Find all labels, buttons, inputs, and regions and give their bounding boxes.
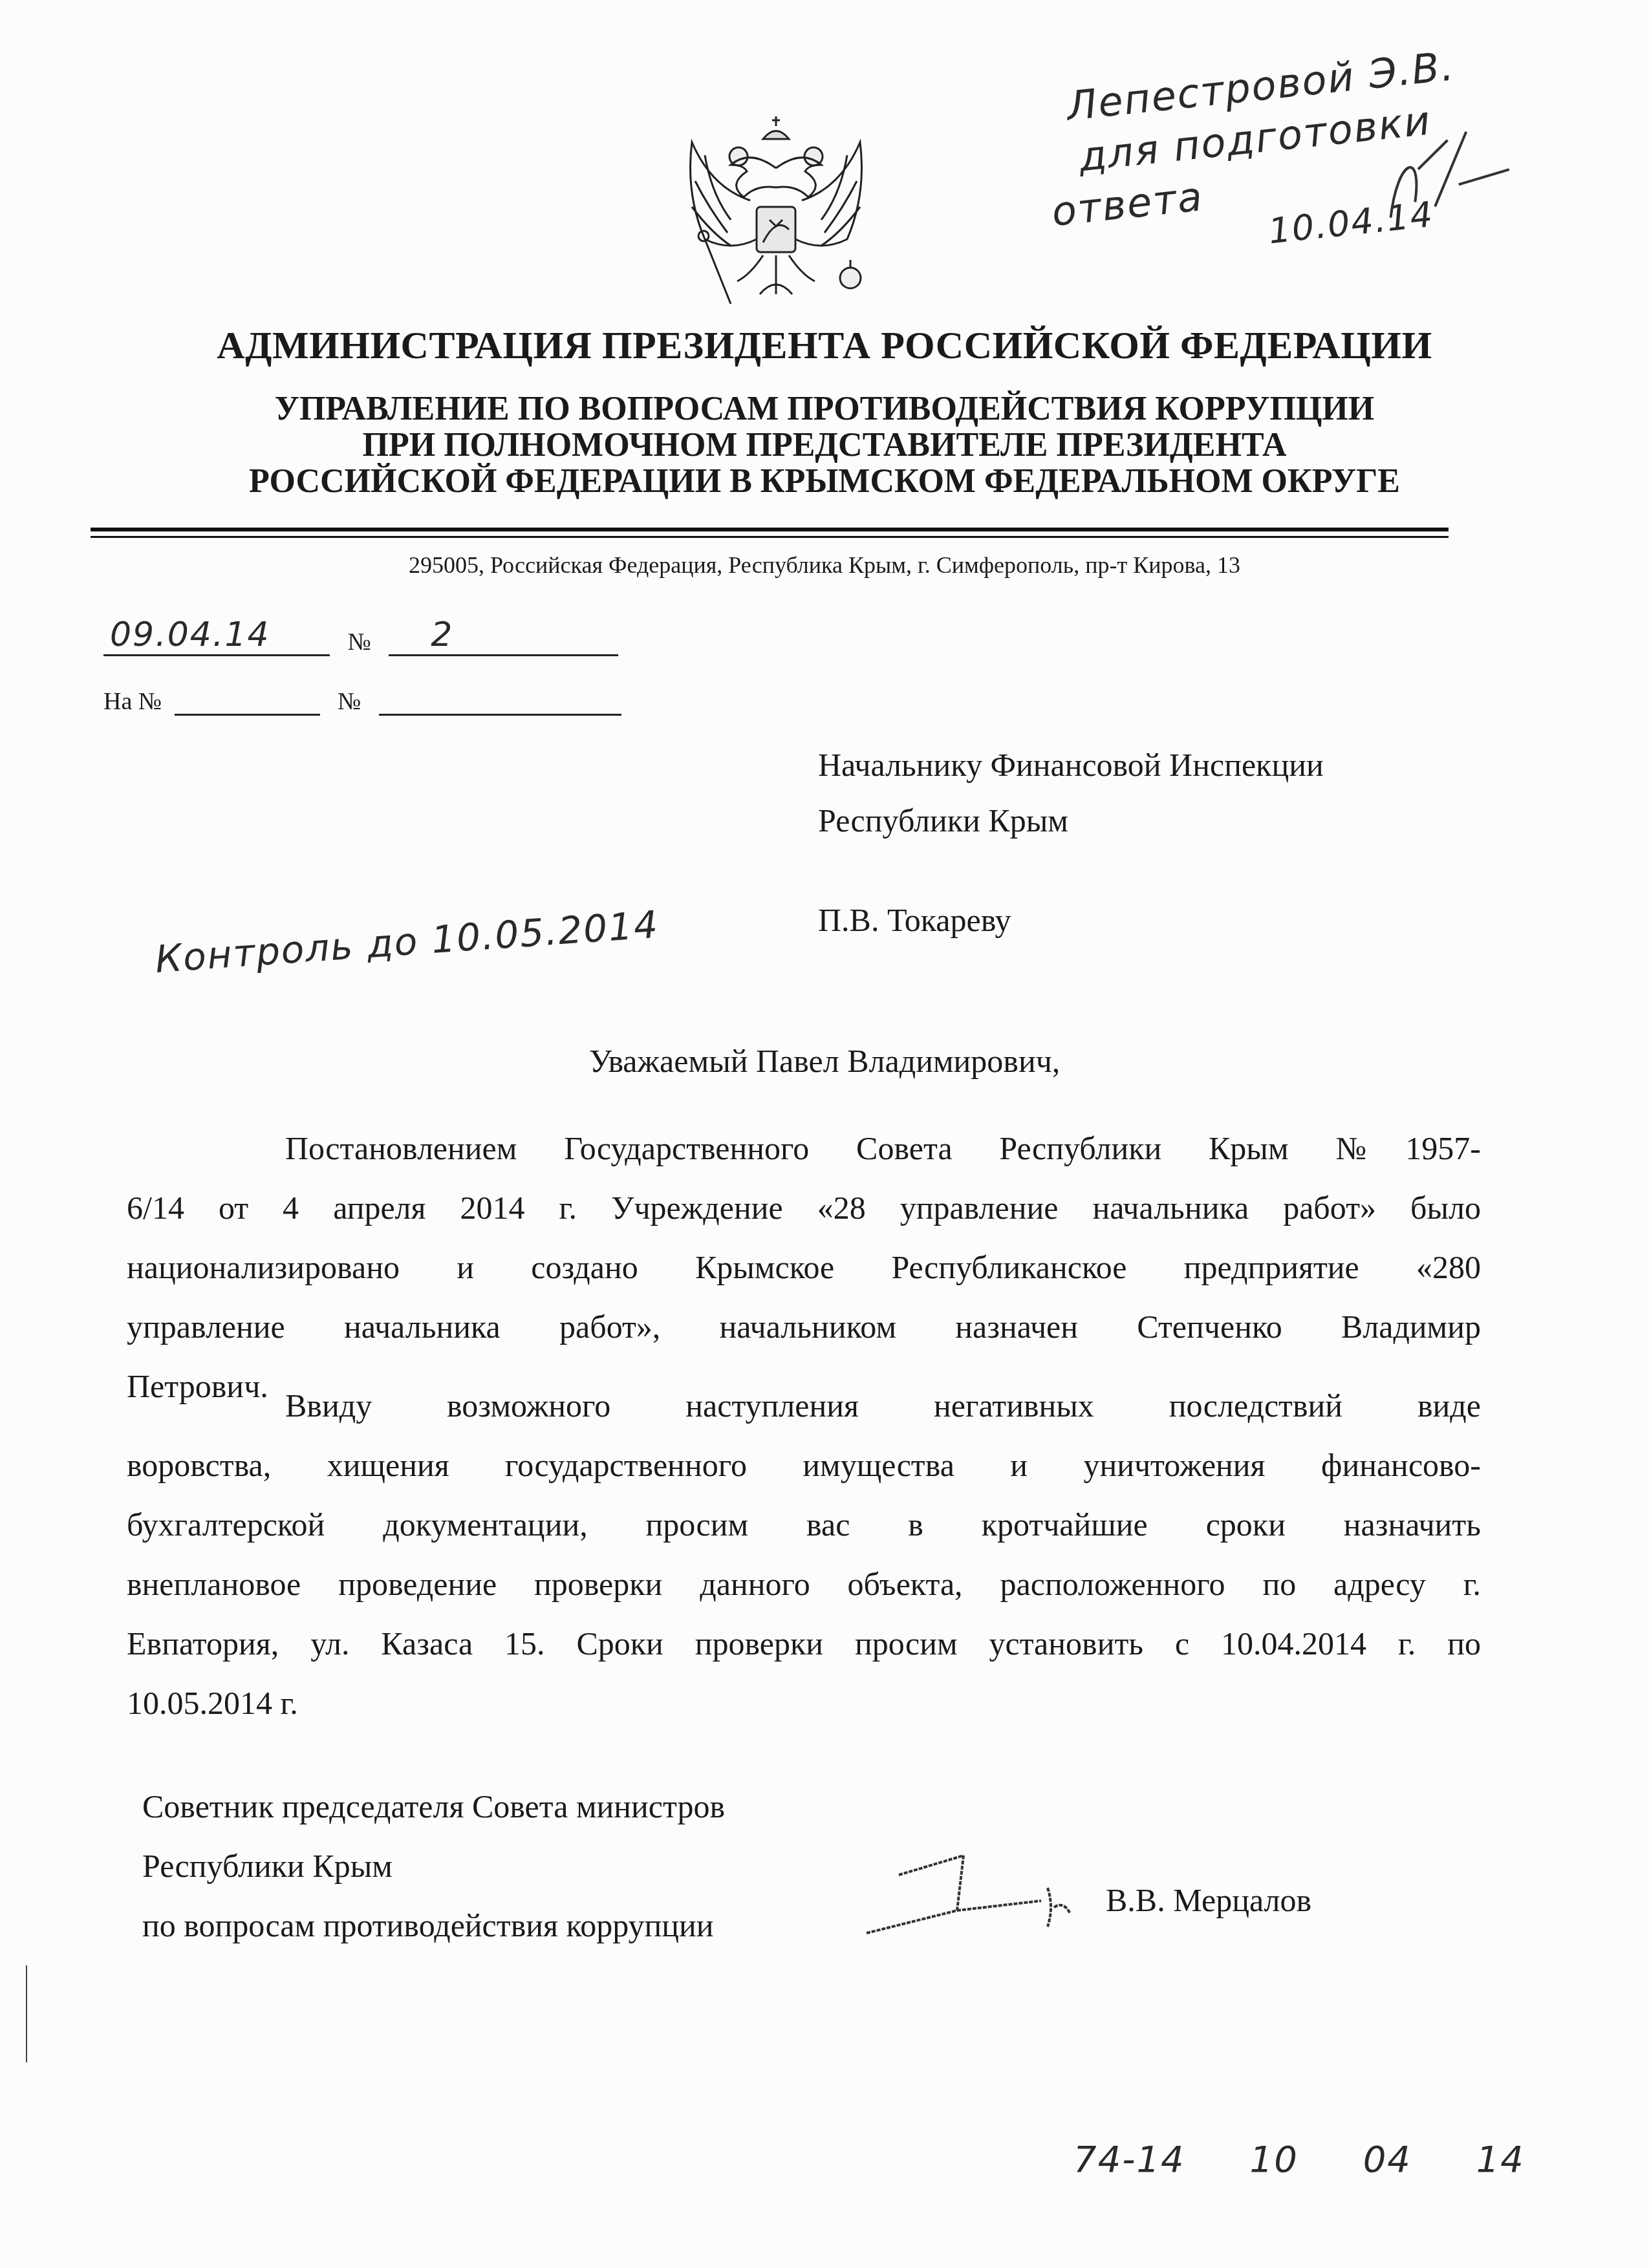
addressee-name: П.В. Токареву	[818, 892, 1011, 948]
stamp-part: 10	[1250, 2139, 1299, 2181]
body-paragraph-1: Постановлением Государственного Совета Р…	[127, 1118, 1481, 1416]
position-line: по вопросам противодействия коррупции	[142, 1896, 725, 1955]
salutation: Уважаемый Павел Владимирович,	[0, 1042, 1649, 1080]
scan-edge-mark	[26, 1965, 27, 2062]
paragraph-line: воровства, хищения государственного имущ…	[127, 1435, 1481, 1495]
subtitle-line: ПРИ ПОЛНОМОЧНОМ ПРЕДСТАВИТЕЛЕ ПРЕЗИДЕНТА	[0, 427, 1649, 464]
header-rule-thick	[91, 528, 1449, 531]
paragraph-line: Евпатория, ул. Казаса 15. Сроки проверки…	[127, 1614, 1481, 1673]
number-value: 2	[431, 615, 453, 654]
addressee-line: Начальнику Финансовой Инспекции	[818, 737, 1324, 793]
header-rule-thin	[91, 536, 1449, 538]
reply-registration: На № №	[103, 685, 621, 716]
organization-address: 295005, Российская Федерация, Республика…	[0, 551, 1649, 579]
signer-position: Советник председателя Совета министров Р…	[142, 1777, 725, 1955]
stamp-part: 04	[1363, 2139, 1412, 2181]
paragraph-line: Постановлением Государственного Совета Р…	[127, 1118, 1481, 1178]
number-field: 2	[389, 626, 618, 656]
signer-name: В.В. Мерцалов	[1106, 1881, 1311, 1919]
number-label: №	[348, 628, 371, 656]
resolution-line: ответа	[1050, 173, 1205, 235]
paragraph-line: внеплановое проведение проверки данного …	[127, 1554, 1481, 1614]
date-value: 09.04.14	[110, 615, 270, 654]
reply-number-value-field	[379, 685, 621, 716]
handwritten-signature-icon	[860, 1849, 1093, 1940]
paragraph-line: 6/14 от 4 апреля 2014 г. Учреждение «28 …	[127, 1178, 1481, 1237]
paragraph-line: 10.05.2014 г.	[127, 1673, 1481, 1733]
addressee-block: Начальнику Финансовой Инспекции Республи…	[818, 737, 1324, 848]
resolution-signature-icon	[1369, 120, 1522, 238]
paragraph-line: национализировано и создано Крымское Рес…	[127, 1237, 1481, 1297]
handwritten-resolution: Лепестровой Э.В. для подготовки ответа 1…	[1000, 34, 1548, 283]
handwritten-control-note: Контроль до 10.05.2014	[154, 903, 660, 981]
reply-number-field	[175, 685, 320, 716]
addressee-line: Республики Крым	[818, 793, 1324, 848]
subtitle-line: РОССИЙСКОЙ ФЕДЕРАЦИИ В КРЫМСКОМ ФЕДЕРАЛЬ…	[0, 464, 1649, 500]
state-emblem	[666, 110, 886, 323]
subtitle-line: УПРАВЛЕНИЕ ПО ВОПРОСАМ ПРОТИВОДЕЙСТВИЯ К…	[0, 391, 1649, 427]
paragraph-line: Ввиду возможного наступления негативных …	[127, 1376, 1481, 1435]
position-line: Республики Крым	[142, 1836, 725, 1896]
double-headed-eagle-icon	[666, 110, 886, 323]
stamp-part: 74-14	[1073, 2139, 1185, 2181]
organization-title: АДМИНИСТРАЦИЯ ПРЕЗИДЕНТА РОССИЙСКОЙ ФЕДЕ…	[0, 323, 1649, 368]
stamp-part: 14	[1476, 2139, 1525, 2181]
organization-subtitle: УПРАВЛЕНИЕ ПО ВОПРОСАМ ПРОТИВОДЕЙСТВИЯ К…	[0, 391, 1649, 500]
incoming-registration-stamp: 74-14 10 04 14	[1073, 2139, 1577, 2181]
position-line: Советник председателя Совета министров	[142, 1777, 725, 1836]
reply-label: На №	[103, 688, 162, 715]
paragraph-line: управление начальника работ», начальнико…	[127, 1297, 1481, 1356]
body-paragraph-2: Ввиду возможного наступления негативных …	[127, 1376, 1481, 1733]
reply-number-label: №	[338, 688, 361, 715]
paragraph-line: бухгалтерской документации, просим вас в…	[127, 1495, 1481, 1554]
outgoing-registration: 09.04.14 № 2	[103, 626, 618, 656]
date-field: 09.04.14	[103, 626, 330, 656]
